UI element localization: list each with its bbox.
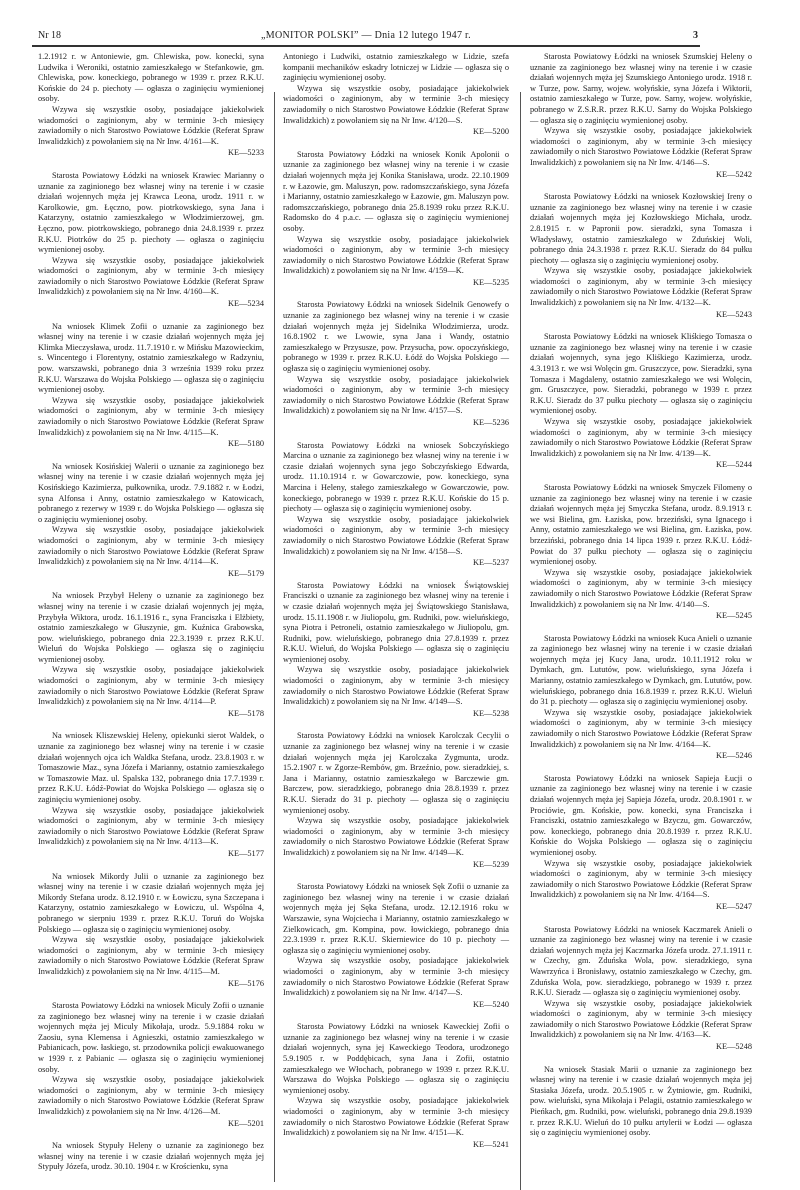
notice-body: Na wniosek Stasiak Marii o uznanie za za… <box>530 1065 752 1139</box>
notice-code: KE—5246 <box>530 751 752 762</box>
page-header: Nr 18 „MONITOR POLSKI” — Dnia 12 lutego … <box>32 28 700 44</box>
notice: Na wniosek Mikordy Julii o uznanie za za… <box>38 872 264 990</box>
notice-summons: Wzywa się wszystkie osoby, posiadające j… <box>38 256 264 298</box>
notice-summons: Wzywa się wszystkie osoby, posiadające j… <box>283 956 509 998</box>
notice-body: Starosta Powiatowy Łódzki na wniosek Świ… <box>283 581 509 666</box>
notice-summons: Wzywa się wszystkie osoby, posiadające j… <box>530 266 752 308</box>
notice-code: KE—5179 <box>38 569 264 580</box>
notice: Starosta Powiatowy Łódzki na wniosek Sob… <box>283 441 509 569</box>
notice-code: KE—5233 <box>38 148 264 159</box>
notice-summons: Wzywa się wszystkie osoby, posiadające j… <box>283 84 509 126</box>
notice-body: Na wniosek Przybył Heleny o uznanie za z… <box>38 591 264 665</box>
notice-body: Starosta Powiatowy Łódzki na wniosek Kli… <box>530 332 752 417</box>
notice: Starosta Powiatowy Łódzki na wniosek Koz… <box>530 192 752 320</box>
notice-summons: Wzywa się wszystkie osoby, posiadające j… <box>530 568 752 610</box>
notice-body: Na wniosek Mikordy Julii o uznanie za za… <box>38 872 264 936</box>
notice-summons: Wzywa się wszystkie osoby, posiadające j… <box>530 859 752 901</box>
column-divider <box>520 92 521 1190</box>
notice-summons: Wzywa się wszystkie osoby, posiadające j… <box>283 375 509 417</box>
notice-summons: Wzywa się wszystkie osoby, posiadające j… <box>283 665 509 707</box>
notice-body: Starosta Powiatowy Łódzki na wniosek Kra… <box>38 171 264 256</box>
notice-code: KE—5180 <box>38 439 264 450</box>
notice-summons: Wzywa się wszystkie osoby, posiadające j… <box>38 806 264 848</box>
notice: Starosta Powiatowy Łódzki na wniosek Kaw… <box>283 1022 509 1150</box>
notice-body: Starosta Powiatowy Łódzki na wniosek Sob… <box>283 441 509 515</box>
notice-summons: Wzywa się wszystkie osoby, posiadające j… <box>530 126 752 168</box>
notice-body: Starosta Powiatowy Łódzki na wniosek Mic… <box>38 1001 264 1075</box>
notice-summons: Wzywa się wszystkie osoby, posiadające j… <box>283 1096 509 1138</box>
notice-body: Starosta Powiatowy Łódzki na wniosek Koz… <box>530 192 752 266</box>
notice-body: Starosta Powiatowy Łódzki na wniosek Kuc… <box>530 634 752 708</box>
notice-summons: Wzywa się wszystkie osoby, posiadające j… <box>283 515 509 557</box>
notice-code: KE—5247 <box>530 902 752 913</box>
column-divider <box>274 92 275 1182</box>
notice-code: KE—5176 <box>38 979 264 990</box>
notice-body: Starosta Powiatowy Łódzki na wniosek Smy… <box>530 483 752 568</box>
notice: Starosta Powiatowy Łódzki na wniosek Sęk… <box>283 882 509 1010</box>
notice-body: Starosta Powiatowy Łódzki na wniosek Szu… <box>530 52 752 126</box>
notice-code: KE—5201 <box>38 1119 264 1130</box>
notice-body: Starosta Powiatowy Łódzki na wniosek Kar… <box>283 731 509 816</box>
notice-body: Na wniosek Klimek Zofii o uznanie za zag… <box>38 322 264 396</box>
notice: Antoniego i Ludwiki, ostatnio zamieszkał… <box>283 52 509 138</box>
notice-code: KE—5239 <box>283 860 509 871</box>
notice: Starosta Powiatowy Łódzki na wniosek Kac… <box>530 925 752 1053</box>
header-rule <box>32 45 700 47</box>
notice-body: Antoniego i Ludwiki, ostatnio zamieszkał… <box>283 52 509 84</box>
notice-code: KE—5178 <box>38 709 264 720</box>
notice-code: KE—5248 <box>530 1042 752 1053</box>
notice-body: Na wniosek Kosińskiej Walerii o uznanie … <box>38 462 264 526</box>
notice-code: KE—5235 <box>283 278 509 289</box>
notice-code: KE—5242 <box>530 170 752 181</box>
notice-summons: Wzywa się wszystkie osoby, posiadające j… <box>530 708 752 750</box>
notice: Starosta Powiatowy Łódzki na wniosek Świ… <box>283 581 509 720</box>
notice-code: KE—5234 <box>38 299 264 310</box>
notice: Na wniosek Kliszewskiej Heleny, opiekunk… <box>38 731 264 859</box>
notice-code: KE—5241 <box>283 1140 509 1151</box>
notice: Starosta Powiatowy Łódzki na wniosek Kra… <box>38 171 264 310</box>
notice: Na wniosek Stypuły Heleny o uznanie za z… <box>38 1141 264 1173</box>
notice-body: Starosta Powiatowy Łódzki na wniosek Kac… <box>530 925 752 999</box>
publication-title: „MONITOR POLSKI” — Dnia 12 lutego 1947 r… <box>32 30 700 41</box>
notice-code: KE—5240 <box>283 1000 509 1011</box>
notice-body: Na wniosek Stypuły Heleny o uznanie za z… <box>38 1141 264 1173</box>
notice-summons: Wzywa się wszystkie osoby, posiadające j… <box>38 525 264 567</box>
notice-summons: Wzywa się wszystkie osoby, posiadające j… <box>38 665 264 707</box>
notice: Na wniosek Przybył Heleny o uznanie za z… <box>38 591 264 719</box>
notice-summons: Wzywa się wszystkie osoby, posiadające j… <box>530 417 752 459</box>
notice-summons: Wzywa się wszystkie osoby, posiadające j… <box>38 105 264 147</box>
column-1: 1.2.1912 r. w Antoniewie, gm. Chlewiska,… <box>38 52 264 1185</box>
notice-code: KE—5243 <box>530 310 752 321</box>
notice-body: Starosta Powiatowy Łódzki na wniosek Kon… <box>283 150 509 235</box>
notice-summons: Wzywa się wszystkie osoby, posiadające j… <box>38 396 264 438</box>
notice-summons: Wzywa się wszystkie osoby, posiadające j… <box>530 999 752 1041</box>
notice: Starosta Powiatowy Łódzki na wniosek Smy… <box>530 483 752 622</box>
notice-code: KE—5237 <box>283 558 509 569</box>
notice-body: Na wniosek Kliszewskiej Heleny, opiekunk… <box>38 731 264 805</box>
notice-body: Starosta Powiatowy Łódzki na wniosek Kaw… <box>283 1022 509 1096</box>
notice: Starosta Powiatowy Łódzki na wniosek Mic… <box>38 1001 264 1129</box>
notice-summons: Wzywa się wszystkie osoby, posiadające j… <box>38 935 264 977</box>
notice-code: KE—5200 <box>283 127 509 138</box>
notice: Na wniosek Klimek Zofii o uznanie za zag… <box>38 322 264 450</box>
column-3: Starosta Powiatowy Łódzki na wniosek Szu… <box>530 52 752 1151</box>
notice: Starosta Powiatowy Łódzki na wniosek Kuc… <box>530 634 752 762</box>
notice-code: KE—5244 <box>530 460 752 471</box>
notice-body: Starosta Powiatowy Łódzki na wniosek Sap… <box>530 774 752 859</box>
notice: Starosta Powiatowy Łódzki na wniosek Sap… <box>530 774 752 913</box>
notice-code: KE—5238 <box>283 709 509 720</box>
notice: Starosta Powiatowy Łódzki na wniosek Sid… <box>283 300 509 428</box>
notice-body: Starosta Powiatowy Łódzki na wniosek Sid… <box>283 300 509 374</box>
column-2: Antoniego i Ludwiki, ostatnio zamieszkał… <box>283 52 509 1162</box>
notice: Starosta Powiatowy Łódzki na wniosek Kon… <box>283 150 509 289</box>
notice: Na wniosek Stasiak Marii o uznanie za za… <box>530 1065 752 1139</box>
notice-code: KE—5177 <box>38 849 264 860</box>
notice-code: KE—5245 <box>530 611 752 622</box>
notice-summons: Wzywa się wszystkie osoby, posiadające j… <box>38 1075 264 1117</box>
notice-code: KE—5236 <box>283 418 509 429</box>
notice-body: Starosta Powiatowy Łódzki na wniosek Sęk… <box>283 882 509 956</box>
notice: 1.2.1912 r. w Antoniewie, gm. Chlewiska,… <box>38 52 264 159</box>
notice: Starosta Powiatowy Łódzki na wniosek Kli… <box>530 332 752 471</box>
notice: Starosta Powiatowy Łódzki na wniosek Szu… <box>530 52 752 180</box>
notice-summons: Wzywa się wszystkie osoby, posiadające j… <box>283 235 509 277</box>
notice-summons: Wzywa się wszystkie osoby, posiadające j… <box>283 816 509 858</box>
notice-body: 1.2.1912 r. w Antoniewie, gm. Chlewiska,… <box>38 52 264 105</box>
notice: Starosta Powiatowy Łódzki na wniosek Kar… <box>283 731 509 870</box>
notice: Na wniosek Kosińskiej Walerii o uznanie … <box>38 462 264 580</box>
page-number: 3 <box>693 30 698 41</box>
